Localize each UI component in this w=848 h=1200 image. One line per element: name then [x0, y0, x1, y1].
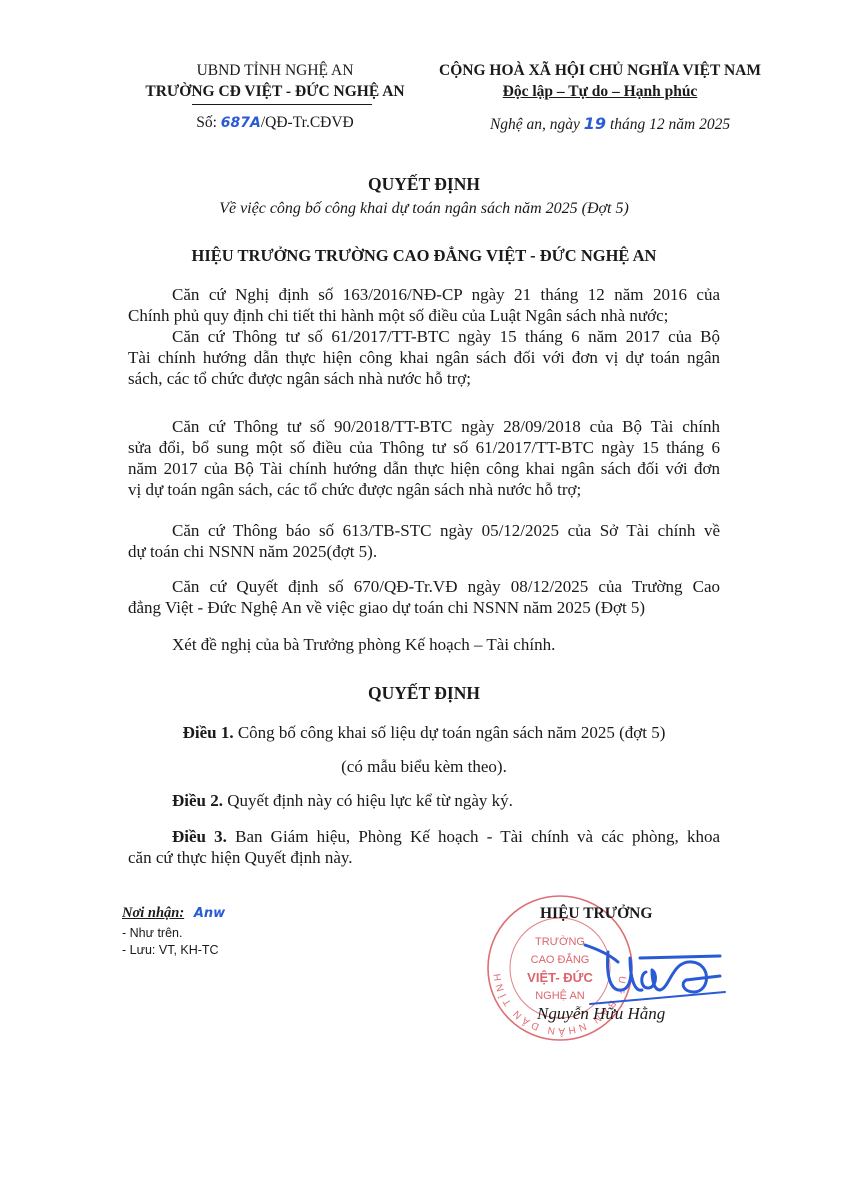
- issuing-authority: UBND TỈNH NGHỆ AN: [110, 62, 440, 80]
- article-1: Điều 1. Công bố công khai số liệu dự toá…: [0, 723, 848, 743]
- recipient-1: - Như trên.: [122, 925, 182, 941]
- preamble-paragraph: Căn cứ Thông báo số 613/TB-STC ngày 05/1…: [128, 520, 720, 562]
- handwritten-initials: Anw: [194, 906, 225, 921]
- preamble-line: đẳng Việt - Đức Nghệ An về việc giao dự …: [128, 597, 720, 618]
- preamble-line: Chính phủ quy định chi tiết thi hành một…: [128, 305, 720, 326]
- article-3-label: Điều 3.: [172, 827, 227, 846]
- article-2-text: Quyết định này có hiệu lực kể từ ngày ký…: [227, 791, 513, 810]
- document-number: Số: 687A/QĐ-Tr.CĐVĐ: [110, 114, 440, 132]
- document-subtitle: Về việc công bố công khai dự toán ngân s…: [0, 200, 848, 218]
- preamble-line: Xét đề nghị của bà Trưởng phòng Kế hoạch…: [128, 634, 720, 655]
- preamble-paragraph: Căn cứ Thông tư số 90/2018/TT-BTC ngày 2…: [128, 416, 720, 500]
- school-name-underline: [192, 104, 372, 105]
- signature-icon: [580, 940, 730, 1010]
- svg-text:TRƯỜNG: TRƯỜNG: [535, 935, 585, 948]
- article-3: Điều 3. Ban Giám hiệu, Phòng Kế hoạch - …: [128, 826, 720, 868]
- preamble-line: Căn cứ Nghị định số 163/2016/NĐ-CP ngày …: [128, 284, 720, 305]
- article-1-label: Điều 1.: [183, 723, 234, 742]
- preamble-line: Căn cứ Quyết định số 670/QĐ-Tr.VĐ ngày 0…: [128, 576, 720, 597]
- place-date-prefix: Nghệ an, ngày: [490, 116, 584, 133]
- national-motto-text: Độc lập – Tự do – Hạnh phúc: [503, 83, 698, 100]
- school-name-text: TRƯỜNG CĐ VIỆT - ĐỨC NGHỆ AN: [145, 83, 404, 100]
- national-motto: Độc lập – Tự do – Hạnh phúc: [410, 83, 790, 101]
- preamble-paragraph: Căn cứ Thông tư số 61/2017/TT-BTC ngày 1…: [128, 326, 720, 389]
- handwritten-number: 687A: [221, 115, 261, 131]
- document-title: QUYẾT ĐỊNH: [0, 174, 848, 195]
- article-1-text: Công bố công khai số liệu dự toán ngân s…: [238, 723, 666, 742]
- article-3-line-2: căn cứ thực hiện Quyết định này.: [128, 847, 720, 868]
- preamble-line: dự toán chi NSNN năm 2025(đợt 5).: [128, 541, 720, 562]
- svg-text:NGHỆ AN: NGHỆ AN: [535, 989, 585, 1002]
- signer-position: HIỆU TRƯỞNG: [540, 905, 652, 923]
- school-name: TRƯỜNG CĐ VIỆT - ĐỨC NGHỆ AN: [110, 83, 440, 101]
- recipient-2: - Lưu: VT, KH-TC: [122, 942, 219, 958]
- preamble-line: Căn cứ Thông tư số 61/2017/TT-BTC ngày 1…: [128, 326, 720, 347]
- preamble-line: năm 2017 của Bộ Tài chính hướng dẫn thực…: [128, 458, 720, 479]
- article-3-line-1: Điều 3. Ban Giám hiệu, Phòng Kế hoạch - …: [128, 826, 720, 847]
- decision-title: QUYẾT ĐỊNH: [0, 683, 848, 704]
- preamble-line: Căn cứ Thông báo số 613/TB-STC ngày 05/1…: [128, 520, 720, 541]
- article-2-label: Điều 2.: [172, 791, 223, 810]
- article-1-note: (có mẫu biểu kèm theo).: [0, 757, 848, 777]
- preamble-line: vị dự toán ngân sách, các tổ chức được n…: [128, 479, 720, 500]
- document-number-prefix: Số:: [196, 114, 221, 131]
- recipients-label-text: Nơi nhận:: [122, 905, 184, 921]
- recipients-label: Nơi nhận: Anw: [122, 905, 225, 922]
- preamble-line: Căn cứ Thông tư số 90/2018/TT-BTC ngày 2…: [128, 416, 720, 437]
- preamble-line: sửa đổi, bổ sung một số điều của Thông t…: [128, 437, 720, 458]
- preamble-paragraph: Căn cứ Nghị định số 163/2016/NĐ-CP ngày …: [128, 284, 720, 326]
- signer-name: Nguyễn Hữu Hằng: [537, 1004, 665, 1024]
- preamble-line: Tài chính hướng dẫn thực hiện công khai …: [128, 347, 720, 368]
- article-3-text: Ban Giám hiệu, Phòng Kế hoạch - Tài chín…: [235, 827, 720, 846]
- handwritten-day: 19: [584, 114, 606, 133]
- preamble-paragraph: Xét đề nghị của bà Trưởng phòng Kế hoạch…: [128, 634, 720, 655]
- document-number-suffix: /QĐ-Tr.CĐVĐ: [261, 114, 354, 131]
- article-2: Điều 2. Quyết định này có hiệu lực kể từ…: [172, 791, 513, 811]
- authority-line: HIỆU TRƯỞNG TRƯỜNG CAO ĐẲNG VIỆT - ĐỨC N…: [0, 246, 848, 266]
- place-date-suffix: tháng 12 năm 2025: [606, 116, 730, 133]
- preamble-paragraph: Căn cứ Quyết định số 670/QĐ-Tr.VĐ ngày 0…: [128, 576, 720, 618]
- place-date: Nghệ an, ngày 19 tháng 12 năm 2025: [420, 114, 800, 134]
- preamble-line: sách, các tổ chức được ngân sách nhà nướ…: [128, 368, 720, 389]
- nation-title: CỘNG HOÀ XÃ HỘI CHỦ NGHĨA VIỆT NAM: [410, 62, 790, 80]
